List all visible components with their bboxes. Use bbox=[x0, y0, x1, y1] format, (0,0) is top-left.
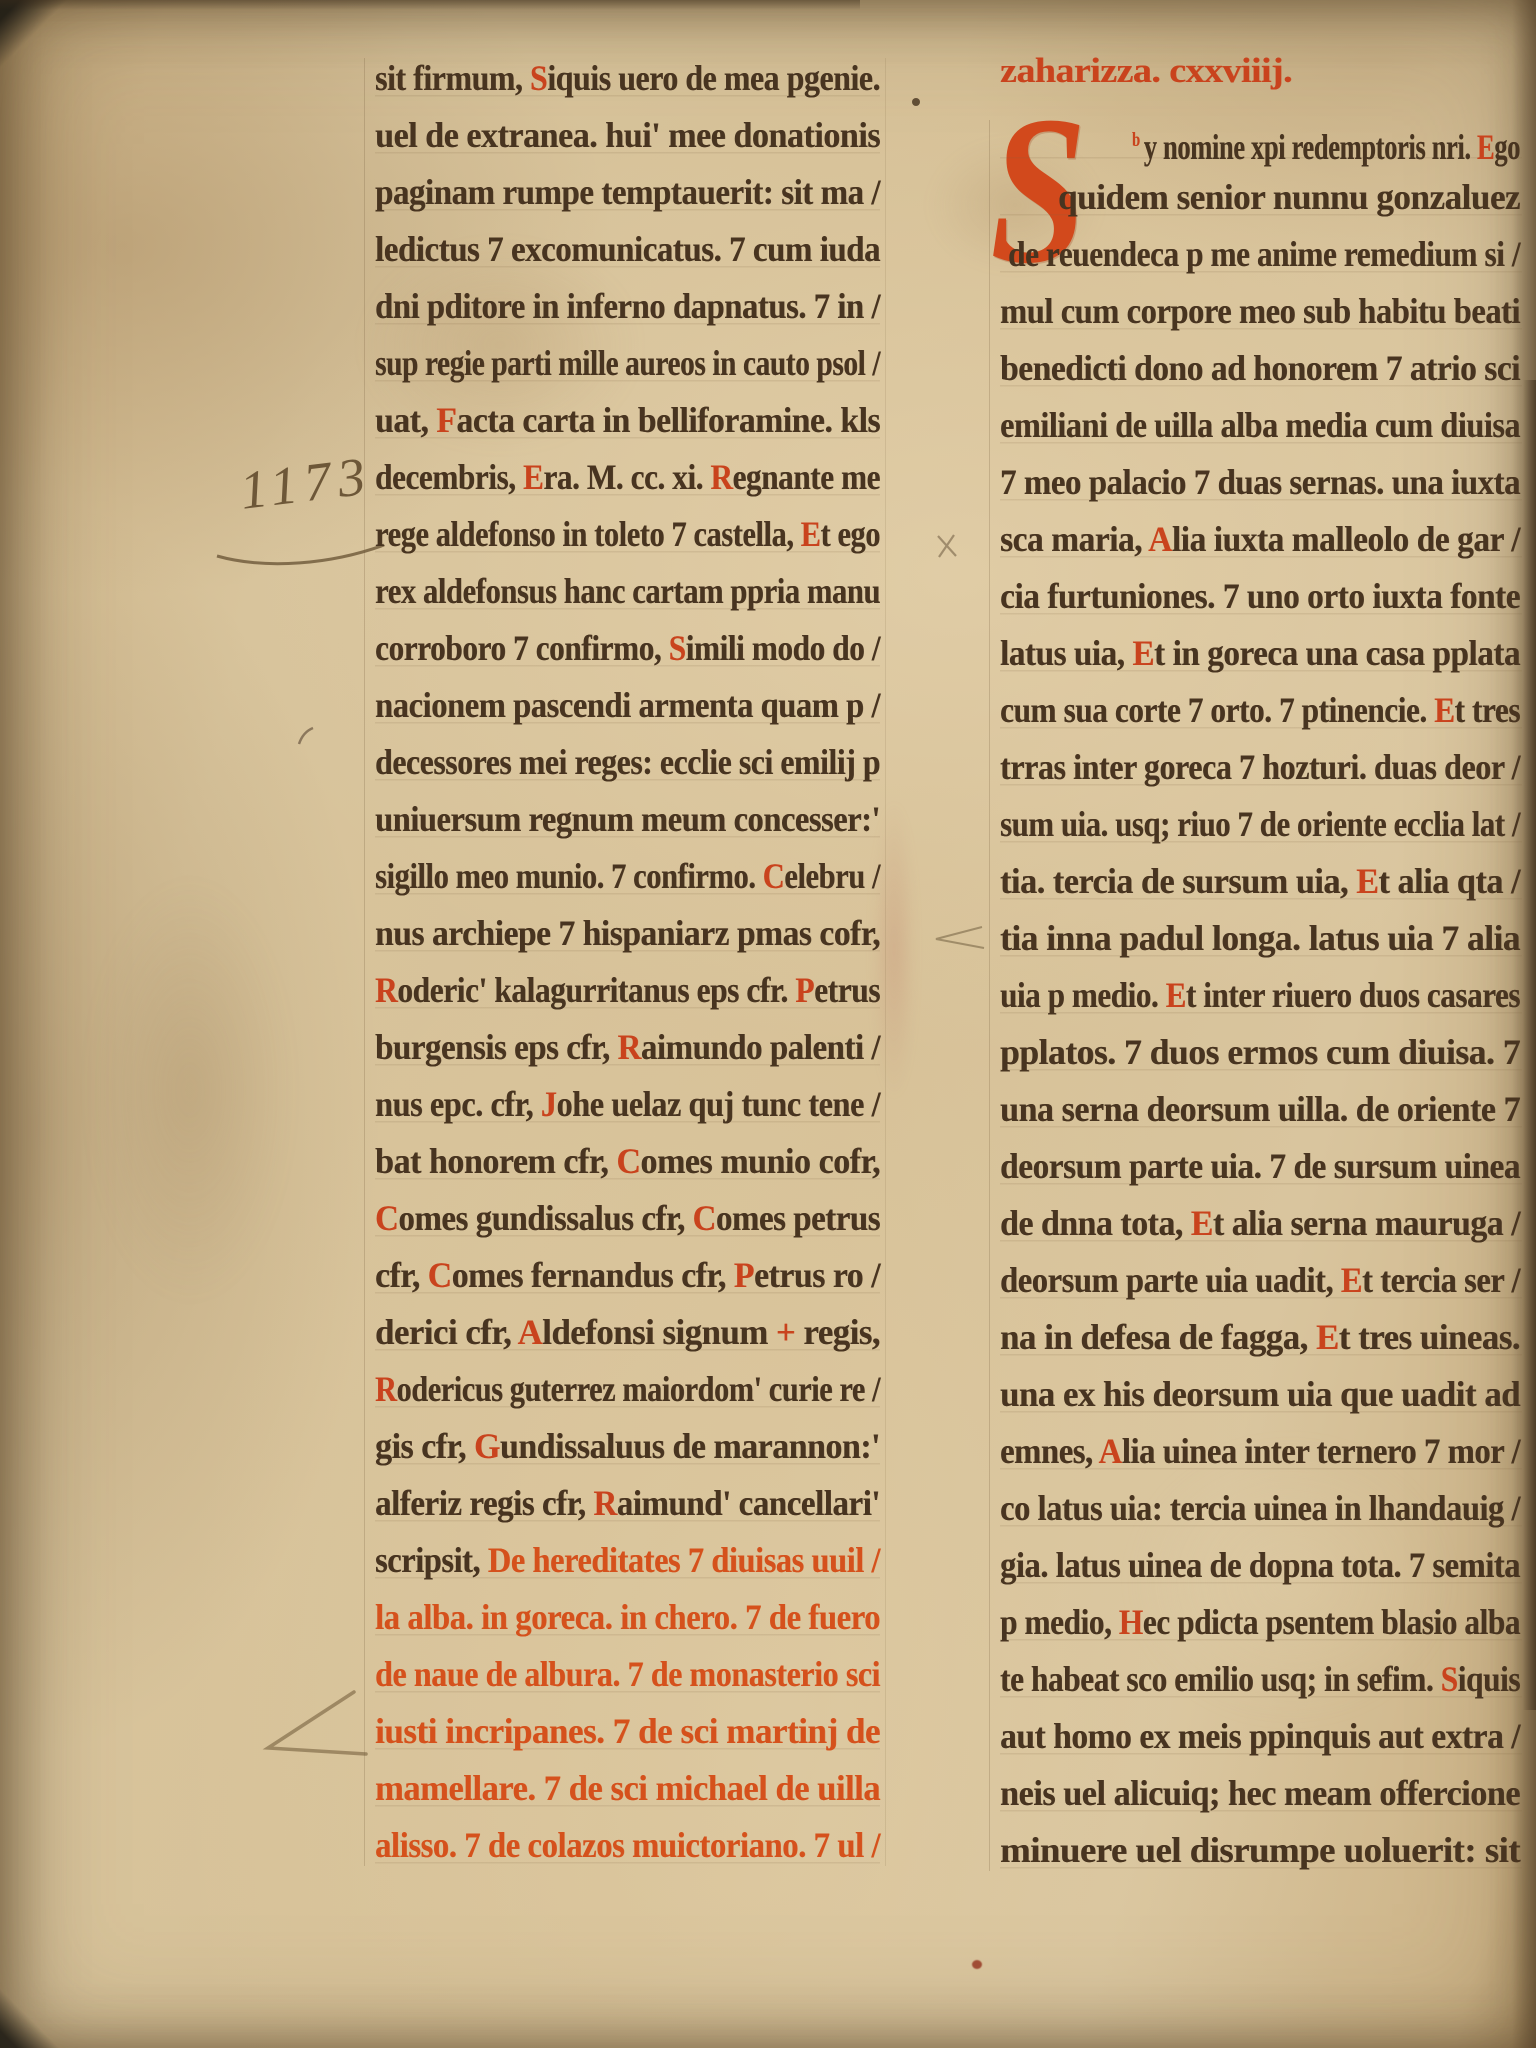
text-line: de naue de albura. 7 de monasterio sci bbox=[375, 1646, 880, 1703]
year-margin-note: 1173 bbox=[237, 444, 376, 522]
text-line: dni pditore in inferno dapnatus. 7 in / bbox=[375, 278, 880, 335]
text-line: deorsum parte uia uadit, Et tercia ser / bbox=[1000, 1252, 1522, 1309]
text-line: derici cfr, Aldefonsi signum + regis, bbox=[375, 1304, 880, 1361]
comma-pen-mark-icon bbox=[296, 726, 318, 748]
text-line: minuere uel disrumpe uoluerit: sit bbox=[1000, 1822, 1522, 1879]
text-line: sup regie parti mille aureos in cauto ps… bbox=[375, 335, 880, 392]
text-line: alferiz regis cfr, Raimund' cancellari' bbox=[375, 1475, 880, 1532]
text-line: deorsum parte uia. 7 de sursum uinea bbox=[1000, 1138, 1522, 1195]
text-line: uat, Facta carta in belliforamine. kls bbox=[375, 392, 880, 449]
text-line: b y nomine xpi redemptoris nri. Ego bbox=[1000, 112, 1522, 169]
text-line: bat honorem cfr, Comes munio cofr, bbox=[375, 1133, 880, 1190]
dark-corner-top-left bbox=[0, 0, 70, 95]
text-line: decessores mei reges: ecclie sci emilij … bbox=[375, 734, 880, 791]
text-line: quidem senior nunnu gonzaluez bbox=[1000, 169, 1522, 226]
text-line: na in defesa de fagga, Et tres uineas. bbox=[1000, 1309, 1522, 1366]
text-line: trras inter goreca 7 hozturi. duas deor … bbox=[1000, 739, 1522, 796]
text-line: decembris, Era. M. cc. xi. Regnante me bbox=[375, 449, 880, 506]
angle-squiggle-icon bbox=[928, 922, 990, 954]
page-edge-shadow-top bbox=[0, 0, 860, 10]
text-line: emnes, Alia uinea inter ternero 7 mor / bbox=[1000, 1423, 1522, 1480]
text-line: nacionem pascendi armenta quam p / bbox=[375, 677, 880, 734]
text-line: Comes gundissalus cfr, Comes petrus bbox=[375, 1190, 880, 1247]
text-line: rege aldefonso in toleto 7 castella, Et … bbox=[375, 506, 880, 563]
text-line: uel de extranea. hui' mee donationis bbox=[375, 107, 880, 164]
text-line: una ex his deorsum uia que uadit ad bbox=[1000, 1366, 1522, 1423]
text-line: co latus uia: tercia uinea in lhandauig … bbox=[1000, 1480, 1522, 1537]
text-line: corroboro 7 confirmo, Simili modo do / bbox=[375, 620, 880, 677]
text-line: uia p medio. Et inter riuero duos casare… bbox=[1000, 967, 1522, 1024]
red-speck bbox=[972, 1960, 982, 1969]
text-line: sigillo meo munio. 7 confirmo. Celebru / bbox=[375, 848, 880, 905]
text-line: sit firmum, Siquis uero de mea pgenie. bbox=[375, 50, 880, 107]
text-line: nus archiepe 7 hispaniarz pmas cofr, bbox=[375, 905, 880, 962]
text-line: tia. tercia de sursum uia, Et alia qta / bbox=[1000, 853, 1522, 910]
text-line: p medio, Hec pdicta psentem blasio alba bbox=[1000, 1594, 1522, 1651]
text-line: sca maria, Alia iuxta malleolo de gar / bbox=[1000, 511, 1522, 568]
text-line: gis cfr, Gundissaluus de marannon:' bbox=[375, 1418, 880, 1475]
text-line: la alba. in goreca. in chero. 7 de fuero bbox=[375, 1589, 880, 1646]
text-line: latus uia, Et in goreca una casa pplata bbox=[1000, 625, 1522, 682]
text-line: pplatos. 7 duos ermos cum diuisa. 7 bbox=[1000, 1024, 1522, 1081]
text-line: burgensis eps cfr, Raimundo palenti / bbox=[375, 1019, 880, 1076]
text-line: Roderic' kalagurritanus eps cfr. Petrus bbox=[375, 962, 880, 1019]
text-line: tia inna padul longa. latus uia 7 alia bbox=[1000, 910, 1522, 967]
text-line: de dnna tota, Et alia serna mauruga / bbox=[1000, 1195, 1522, 1252]
text-line: emiliani de uilla alba media cum diuisa bbox=[1000, 397, 1522, 454]
text-line: iusti incripanes. 7 de sci martinj de bbox=[375, 1703, 880, 1760]
text-line: alisso. 7 de colazos muictoriano. 7 ul / bbox=[375, 1817, 880, 1874]
text-line: neis uel alicuiq; hec meam offercione bbox=[1000, 1765, 1522, 1822]
text-line: cum sua corte 7 orto. 7 ptinencie. Et tr… bbox=[1000, 682, 1522, 739]
parchment-stain bbox=[90, 880, 290, 1300]
text-line: nus epc. cfr, Johe uelaz quj tunc tene / bbox=[375, 1076, 880, 1133]
right-text-column: b y nomine xpi redemptoris nri. Egoquide… bbox=[1000, 112, 1522, 1879]
text-line: paginam rumpe temptauerit: sit ma / bbox=[375, 164, 880, 221]
x-pen-mark-icon bbox=[934, 532, 960, 560]
check-pen-mark-icon bbox=[250, 1686, 380, 1774]
text-line: scripsit, De hereditates 7 diuisas uuil … bbox=[375, 1532, 880, 1589]
flourish-under-year-icon bbox=[212, 540, 392, 574]
left-text-column: sit firmum, Siquis uero de mea pgenie.ue… bbox=[375, 50, 880, 1874]
text-line: mul cum corpore meo sub habitu beati bbox=[1000, 283, 1522, 340]
text-line: te habeat sco emilio usq; in sefim. Siqu… bbox=[1000, 1651, 1522, 1708]
dark-corner-bottom-left bbox=[0, 1978, 60, 2048]
ink-speck bbox=[912, 98, 920, 106]
text-line: ledictus 7 excomunicatus. 7 cum iuda bbox=[375, 221, 880, 278]
text-line: una serna deorsum uilla. de oriente 7 bbox=[1000, 1081, 1522, 1138]
text-line: sum uia. usq; riuo 7 de oriente ecclia l… bbox=[1000, 796, 1522, 853]
manuscript-page: 1173 zaharizza. cxxviiij. S sit firmum, … bbox=[0, 0, 1536, 2048]
text-line: gia. latus uinea de dopna tota. 7 semita bbox=[1000, 1537, 1522, 1594]
text-line: Rodericus guterrez maiordom' curie re / bbox=[375, 1361, 880, 1418]
text-line: aut homo ex meis ppinquis aut extra / bbox=[1000, 1708, 1522, 1765]
text-line: benedicti dono ad honorem 7 atrio sci bbox=[1000, 340, 1522, 397]
text-line: uniuersum regnum meum concesser:' bbox=[375, 791, 880, 848]
text-line: cia furtuniones. 7 uno orto iuxta fonte bbox=[1000, 568, 1522, 625]
text-line: rex aldefonsus hanc cartam ppria manu bbox=[375, 563, 880, 620]
text-line: cfr, Comes fernandus cfr, Petrus ro / bbox=[375, 1247, 880, 1304]
text-line: 7 meo palacio 7 duas sernas. una iuxta bbox=[1000, 454, 1522, 511]
text-line: de reuendeca p me anime remedium si / bbox=[1000, 226, 1522, 283]
page-edge-dark-strip bbox=[1523, 380, 1536, 1710]
text-line: mamellare. 7 de sci michael de uilla bbox=[375, 1760, 880, 1817]
